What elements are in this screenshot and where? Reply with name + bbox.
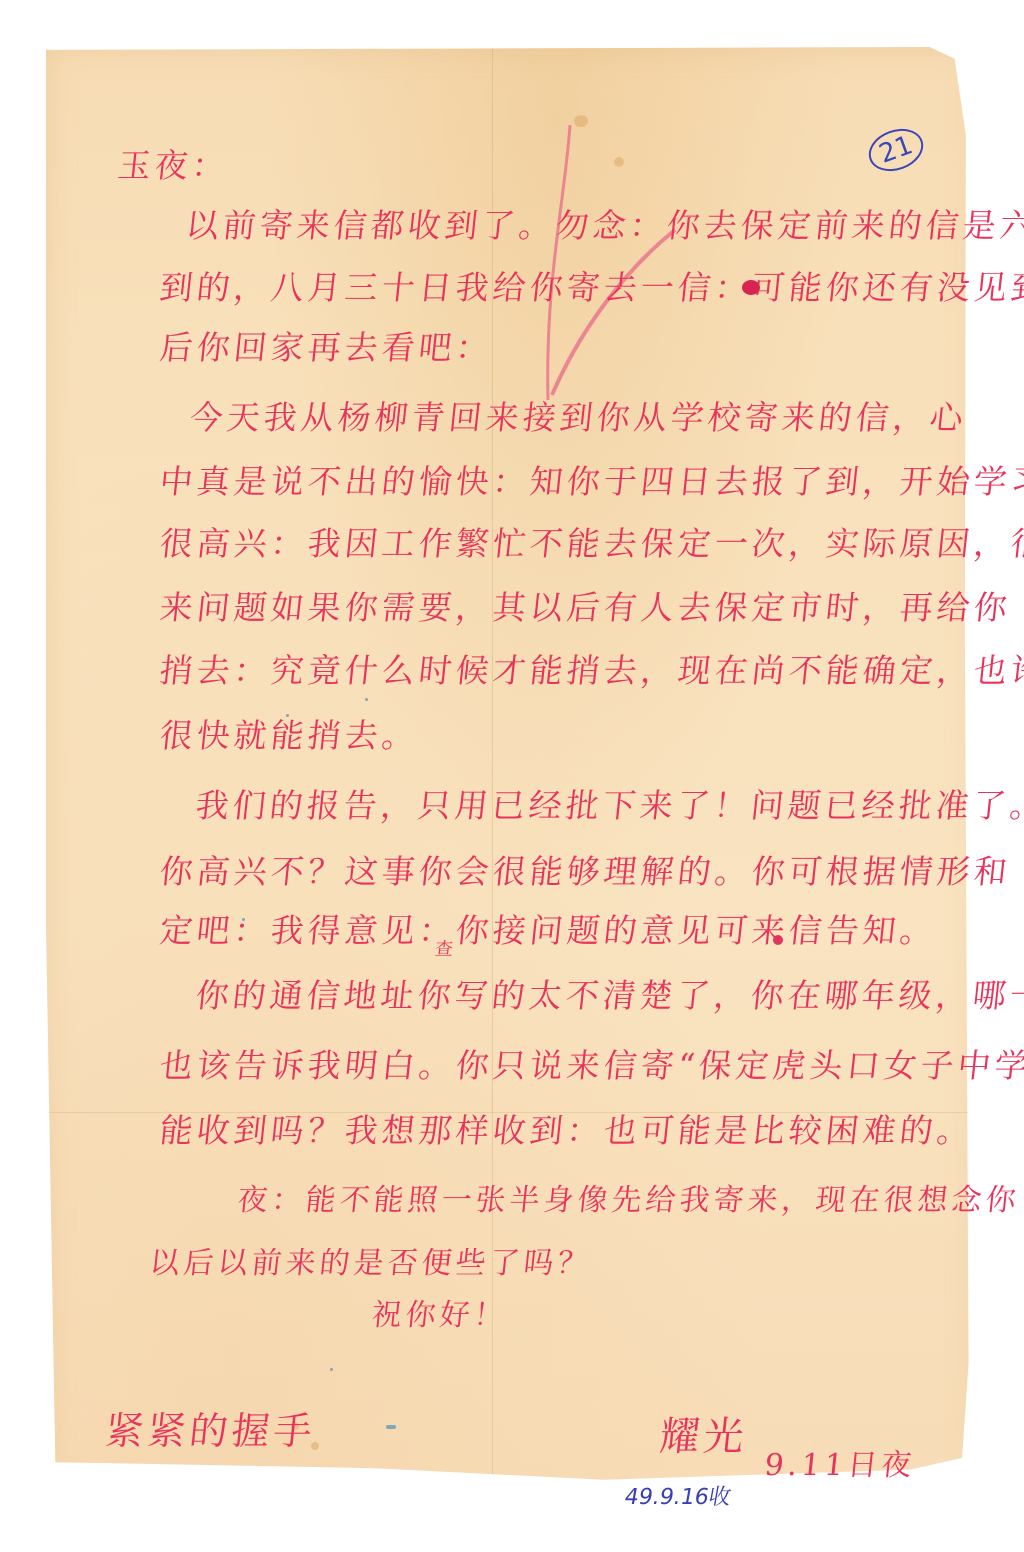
letter-date: 9.11日夜 [763,1440,918,1484]
paper-speck [365,698,368,701]
letter-line: 很快就能捎去。 [158,710,422,757]
letter-line: 能收到吗？我想那样收到：也可能是比较困难的。 [158,1105,977,1152]
letter-line: 中真是说不出的愉快：知你于四日去报了到，开始学习， [158,456,1024,503]
ink-blot [742,280,760,295]
letter-line: 以后以前来的是否便些了吗？ [148,1238,595,1282]
salutation: 玉夜： [116,140,232,187]
letter-line: 你高兴不？这事你会很能够理解的。你可根据情形和 [158,846,1014,893]
letter-line: 捎去：究竟什么时候才能捎去，现在尚不能确定，也许 [158,645,1024,692]
letter-line: 后你回家再去看吧： [158,322,496,369]
closing-greeting: 紧紧的握手 [103,1400,319,1455]
signature: 耀光 [657,1405,751,1462]
letter-line-closing: 祝你好！ [370,1290,511,1334]
letter-line: 来问题如果你需要，其以后有人去保定市时，再给你 [158,582,1014,629]
letter-line: 以前寄来信都收到了。勿念：你去保定前来的信是六日收 [184,200,1024,247]
letter-line: 夜：能不能照一张半身像先给我寄来，现在很想念你 [236,1175,1023,1219]
letter-line: 今天我从杨柳青回来接到你从学校寄来的信，心 [188,392,970,439]
letter-line: 很高兴：我因工作繁忙不能去保定一次，实际原因，很 [158,518,1024,565]
letter-line: 到的，八月三十日我给你寄去一信：可能你还有没见到，其以 [158,262,1024,309]
archive-number: 21 [875,130,916,170]
paper-speck [330,1368,333,1371]
paper-speck [242,918,245,921]
marginal-insert: 查 [434,935,459,961]
letter-line: 你的通信地址你写的太不清楚了，你在哪年级，哪一班， [194,970,1024,1017]
letter-line: 定吧：我得意见：你接问题的意见可来信告知。 [158,905,940,952]
archive-date-note: 49.9.16收 [622,1480,733,1511]
letter-line: 也该告诉我明白。你只说来信寄“保定虎头口女子中学”那 [158,1040,1024,1087]
paper-speck [286,714,289,717]
letter-line: 我们的报告，只用已经批下来了！问题已经批准了。夜： [194,780,1024,827]
paper-speck [386,1425,396,1429]
ink-dot [773,935,783,945]
